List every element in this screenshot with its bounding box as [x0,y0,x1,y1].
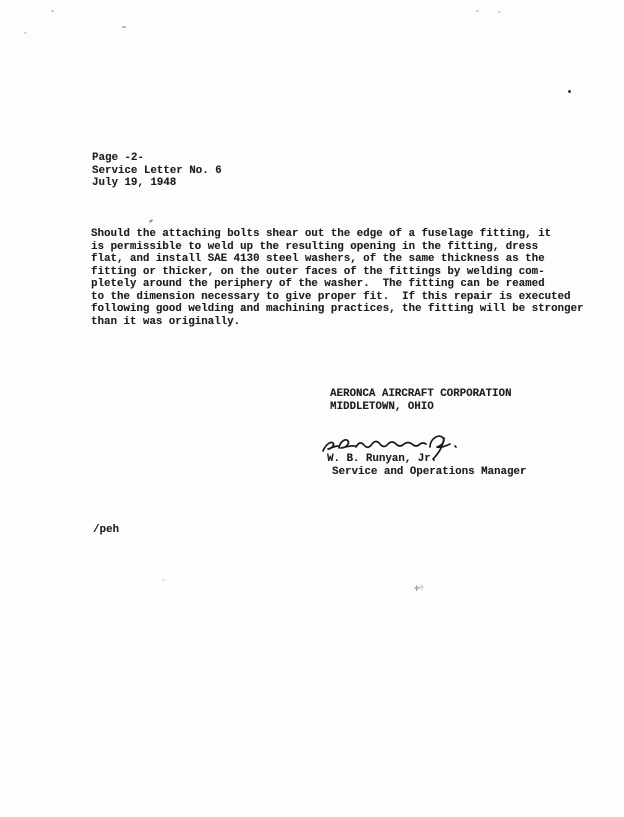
letter-date: July 19, 1948 [92,177,222,190]
scan-speck [51,10,54,12]
signer-title: Service and Operations Manager [332,466,526,479]
page-number: Page -2- [92,152,222,165]
body-line: fitting or thicker, on the outer faces o… [91,266,583,279]
scan-speck [122,26,126,28]
signer-name: W. B. Runyan, Jr. [327,453,526,466]
scan-speck [568,90,571,93]
company-city: MIDDLETOWN, OHIO [330,401,511,414]
letter-body-paragraph: Should the attaching bolts shear out the… [91,228,583,328]
scan-speck [162,579,165,581]
scanned-letter-page: Page -2- Service Letter No. 6 July 19, 1… [0,0,624,817]
scan-speck [498,11,501,13]
body-line: pletely around the periphery of the wash… [91,278,583,291]
body-line: than it was originally. [91,316,583,329]
service-letter-number: Service Letter No. 6 [92,165,222,178]
scan-speck: + [413,583,421,596]
body-line: to the dimension necessary to give prope… [91,291,583,304]
scan-speck [476,10,479,12]
body-line: following good welding and machining pra… [91,303,583,316]
company-name-block: AERONCA AIRCRAFT CORPORATION MIDDLETOWN,… [330,388,511,413]
body-line: is permissible to weld up the resulting … [91,241,583,254]
company-name: AERONCA AIRCRAFT CORPORATION [330,388,511,401]
signer-block: W. B. Runyan, Jr. Service and Operations… [327,453,526,478]
letter-header: Page -2- Service Letter No. 6 July 19, 1… [92,152,222,190]
scan-speck [24,32,27,34]
body-line: Should the attaching bolts shear out the… [91,228,583,241]
body-line: flat, and install SAE 4130 steel washers… [91,253,583,266]
scan-speck [149,219,153,223]
typist-initials: /peh [93,524,119,537]
